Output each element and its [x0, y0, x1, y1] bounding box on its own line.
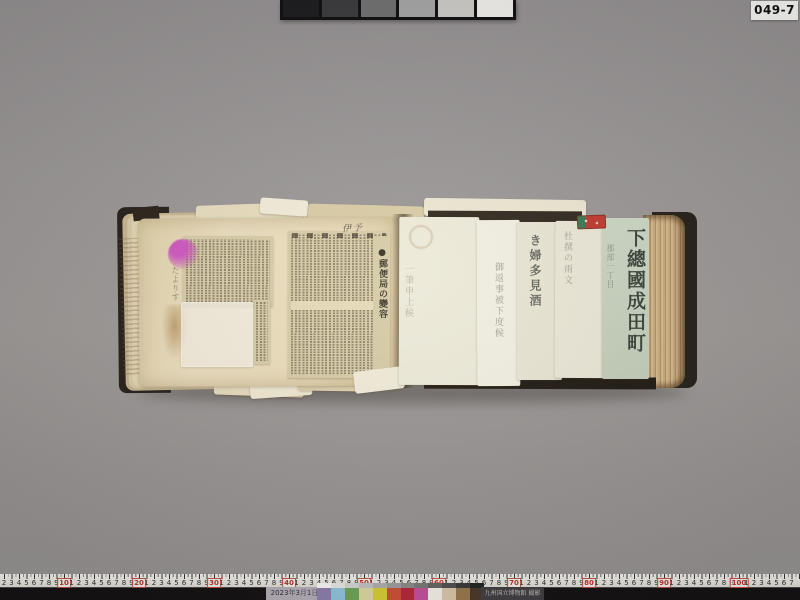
ruler-number: 3 [759, 579, 763, 587]
purple-stamp [168, 239, 198, 269]
ruler-number: 4 [17, 579, 21, 587]
ruler-number: 5 [624, 579, 628, 587]
ruler-number: 6 [182, 579, 186, 587]
calibration-patch [345, 588, 359, 600]
ruler-number: 2 [2, 579, 6, 587]
ruler-number: 3 [309, 579, 313, 587]
calibration-patch [359, 588, 373, 600]
ruler-number: 7 [264, 579, 268, 587]
grayscale-step-wedge [280, 0, 516, 20]
ruler-number: 4 [167, 579, 171, 587]
ruler-number: 7 [189, 579, 193, 587]
calibration-patch [456, 588, 470, 600]
ruler-number: 8 [497, 579, 501, 587]
ruler-number: 4 [617, 579, 621, 587]
green-slip-main-calligraphy: 下總國成田町 [622, 228, 649, 354]
clipping-headline-text: ●郵便局の變容 [375, 248, 389, 328]
ruler-number: 8 [722, 579, 726, 587]
ruler-number: 2 [602, 579, 606, 587]
ruler-number: 6 [707, 579, 711, 587]
ruler-number: 1 [594, 579, 598, 587]
ruler-number: 3 [159, 579, 163, 587]
ruler-number: 6 [557, 579, 561, 587]
calibration-patch [387, 588, 401, 600]
credit-label: 九州国立博物館 撮影 [481, 587, 544, 600]
ruler-number: 1 [69, 579, 73, 587]
calibration-patch [373, 588, 387, 600]
ruler-number: 7 [114, 579, 118, 587]
ruler-number: 8 [647, 579, 651, 587]
color-patch-row [317, 588, 484, 600]
calibration-patch [438, 0, 474, 17]
ruler-number: 2 [227, 579, 231, 587]
ruler-number: 5 [174, 579, 178, 587]
ruler-number: 3 [684, 579, 688, 587]
ruler-number: 6 [632, 579, 636, 587]
ruler-number: 4 [242, 579, 246, 587]
ruler-number: 8 [122, 579, 126, 587]
green-slip-small-calligraphy: 郡部一丁目 [605, 244, 616, 289]
ruler-number: 6 [107, 579, 111, 587]
clipping-header-row [292, 233, 386, 238]
calibration-patch [283, 0, 319, 17]
glassine-overlay-sheet [181, 302, 253, 367]
ruler-number: 1 [144, 579, 148, 587]
calibration-patch [399, 0, 435, 17]
ruler-number: 3 [609, 579, 613, 587]
ruler-number: 7 [489, 579, 493, 587]
ruler-number: 8 [572, 579, 576, 587]
ruler-number: 7 [39, 579, 43, 587]
sheet2-calligraphy: 御返事被下度候 [492, 262, 505, 339]
ruler-number: 5 [774, 579, 778, 587]
calibration-patch [322, 0, 358, 17]
ruler-number: 7 [714, 579, 718, 587]
clipping-article-gap [291, 301, 373, 310]
ruler-number: 7 [639, 579, 643, 587]
ruler-number: 4 [692, 579, 696, 587]
calibration-patch [477, 0, 513, 17]
ruler-number: 2 [302, 579, 306, 587]
loose-paper-edge [260, 197, 309, 216]
color-calibration-strip [317, 583, 484, 600]
ruler-number: 8 [197, 579, 201, 587]
ruler-number: 2 [677, 579, 681, 587]
ruler-number: 1 [219, 579, 223, 587]
ruler-number: 6 [782, 579, 786, 587]
sheet1-calligraphy: 一筆申上候 [402, 264, 415, 319]
ruler-number: 5 [249, 579, 253, 587]
ruler-number: 5 [549, 579, 553, 587]
margin-note-calligraphy: たよりす [170, 266, 181, 302]
calibration-patch [331, 588, 345, 600]
archival-photo-scene: たよりす ●郵便局の變容 伊予 一筆申上候 御返事被下度候 き婦多見酒 杜撰の雨… [0, 0, 800, 600]
ruler-number: 1 [519, 579, 523, 587]
newspaper-clipping-strip [254, 300, 270, 364]
calibration-patch [414, 588, 428, 600]
red-stamp [577, 214, 606, 229]
date-label: 2023年3月1日 [266, 587, 323, 600]
ruler-number: 8 [47, 579, 51, 587]
ruler-number: 4 [92, 579, 96, 587]
ruler-number: 7 [564, 579, 568, 587]
calibration-patch [442, 588, 456, 600]
ruler-number: 1 [294, 579, 298, 587]
sheet4-calligraphy: 杜撰の雨文 [561, 231, 574, 286]
ruler-number: 2 [527, 579, 531, 587]
pencil-note: 伊予 [342, 220, 365, 234]
ruler-number: 7 [789, 579, 793, 587]
ruler-number: 3 [234, 579, 238, 587]
ruler-number: 2 [77, 579, 81, 587]
calibration-patch [361, 0, 397, 17]
ruler-number: 2 [152, 579, 156, 587]
ruler-number: 5 [99, 579, 103, 587]
ruler-number: 6 [32, 579, 36, 587]
faint-stamp-ring [409, 225, 433, 249]
ruler-number: 5 [699, 579, 703, 587]
ruler-number: 3 [84, 579, 88, 587]
ruler-number: 1 [669, 579, 673, 587]
ruler-number: 2 [752, 579, 756, 587]
ruler-number: 4 [767, 579, 771, 587]
ruler-number: 6 [257, 579, 261, 587]
ruler-number: 8 [272, 579, 276, 587]
calibration-patch [317, 588, 331, 600]
ruler-number: 5 [24, 579, 28, 587]
sheet3-calligraphy: き婦多見酒 [527, 234, 544, 309]
ruler-number: 3 [9, 579, 13, 587]
ruler-number: 3 [534, 579, 538, 587]
ruler-number: 1 [744, 579, 748, 587]
calibration-patch [428, 588, 442, 600]
photo-id-label: 049-7 [751, 1, 798, 20]
book-fore-edge [643, 215, 685, 388]
calibration-patch [401, 588, 415, 600]
ruler-number: 4 [542, 579, 546, 587]
